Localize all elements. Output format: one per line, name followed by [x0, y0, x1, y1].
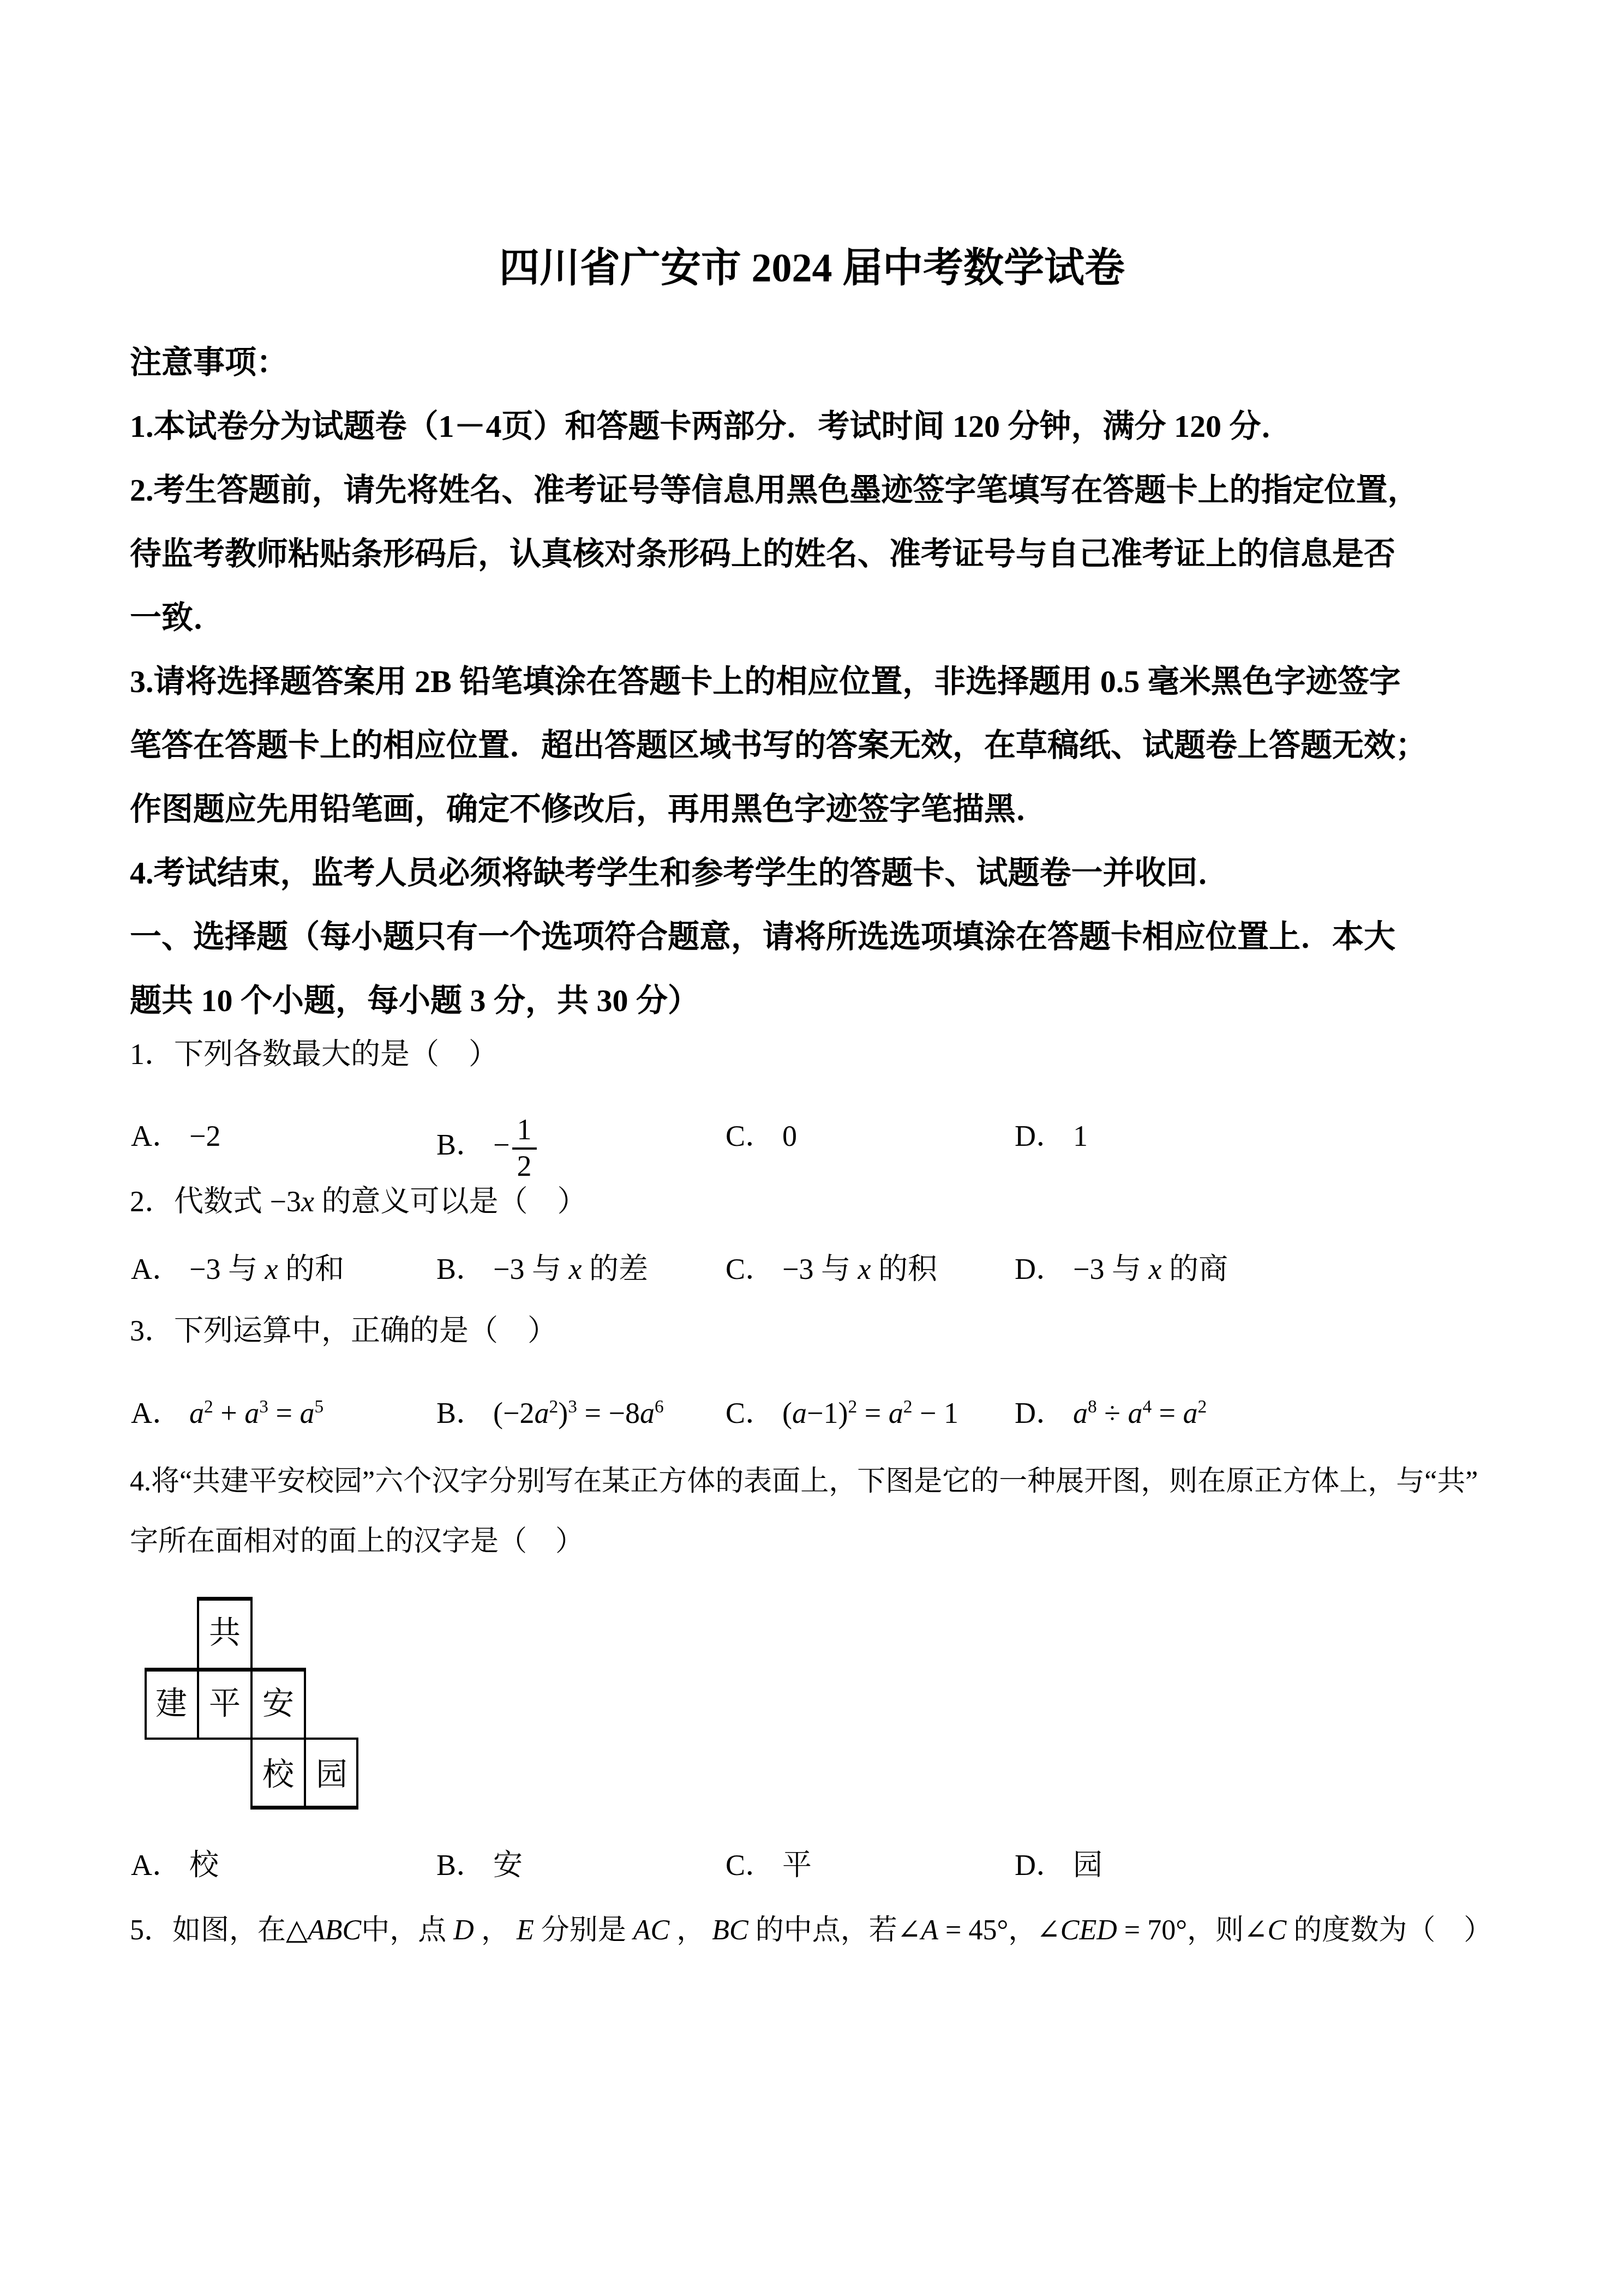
fraction-one-half: 12	[512, 1114, 537, 1181]
question-1-option-a: A．−2	[131, 1114, 220, 1158]
notice-heading: 注意事项：	[130, 341, 1526, 384]
notice-item-3-line-2: 笔答在答题卡上的相应位置．超出答题区域书写的答案无效，在草稿纸、试题卷上答题无效…	[130, 724, 1526, 767]
question-1-option-c: C．0	[726, 1114, 797, 1158]
question-4-options: A．校 B．安 C．平 D．园	[131, 1843, 1527, 1887]
notice-item-2-line-3: 一致．	[130, 596, 1526, 640]
question-2-options: A．−3 与 x 的和 B．−3 与 x 的差 C．−3 与 x 的积 D．−3…	[131, 1247, 1527, 1291]
net-cell-an: 安	[262, 1686, 294, 1721]
question-5-stem: 5．如图，在△ABC中，点 D ， E 分别是 AC ， BC 的中点，若∠A …	[130, 1909, 1614, 1952]
option-a-formula: a2 + a3 = a5	[189, 1397, 323, 1429]
option-d-label: D．	[1015, 1253, 1065, 1285]
question-2-stem: 2．代数式 −3x 的意义可以是（ ）	[130, 1180, 1526, 1223]
exam-title: 四川省广安市 2024 届中考数学试卷	[0, 244, 1624, 293]
option-b-formula: (−2a2)3 = −8a6	[493, 1397, 664, 1429]
fraction-denominator: 2	[512, 1150, 537, 1182]
option-b-value: −3 与 x 的差	[493, 1253, 648, 1285]
notice-item-2-line-1: 2.考生答题前，请先将姓名、准考证号等信息用黑色墨迹签字笔填写在答题卡上的指定位…	[130, 468, 1526, 512]
question-3-option-d: D．a8 ÷ a4 = a2	[1015, 1385, 1207, 1435]
notice-item-3-line-1: 3.请将选择题答案用 2B 铅笔填涂在答题卡上的相应位置，非选择题用 0.5 毫…	[130, 660, 1526, 704]
option-c-label: C．	[726, 1253, 775, 1285]
net-cell-xiao: 校	[262, 1757, 295, 1792]
net-cell-ping: 平	[209, 1686, 241, 1721]
question-4-stem-line-1: 4.将“共建平安校园”六个汉字分别写在某正方体的表面上，下图是它的一种展开图，则…	[130, 1460, 1614, 1504]
question-4-stem-line-2: 字所在面相对的面上的汉字是（ ）	[130, 1520, 1614, 1564]
question-3-stem: 3．下列运算中，正确的是（ ）	[130, 1309, 1526, 1353]
fraction-numerator: 1	[512, 1114, 537, 1150]
option-b-label: B．	[436, 1128, 486, 1161]
section-1-heading-line-1: 一、选择题（每小题只有一个选项符合题意，请将所选选项填涂在答题卡相应位置上．本大	[130, 915, 1526, 959]
cube-net-diagram: 共 建 平 安 校 园	[145, 1597, 358, 1810]
option-a-value: 校	[189, 1849, 219, 1882]
net-cell-yuan: 园	[316, 1757, 347, 1792]
option-a-label: A．	[131, 1849, 182, 1882]
option-a-label: A．	[131, 1120, 182, 1152]
option-c-value: −3 与 x 的积	[782, 1253, 937, 1285]
exam-paper-page: 四川省广安市 2024 届中考数学试卷 注意事项： 1.本试卷分为试题卷（1－4…	[0, 0, 1624, 2296]
question-4-option-a: A．校	[131, 1843, 219, 1887]
notice-item-4: 4.考试结束，监考人员必须将缺考学生和参考学生的答题卡、试题卷一并收回．	[130, 851, 1526, 895]
option-b-label: B．	[436, 1253, 486, 1285]
notice-item-3-line-3: 作图题应先用铅笔画，确定不修改后，再用黑色字迹签字笔描黑．	[130, 788, 1526, 831]
question-1-option-d: D．1	[1015, 1114, 1088, 1158]
question-1-stem: 1．下列各数最大的是（ ）	[130, 1032, 1526, 1076]
net-cell-jian: 建	[155, 1686, 187, 1721]
option-a-value: −3 与 x 的和	[189, 1253, 344, 1285]
question-4-option-c: C．平	[726, 1843, 812, 1887]
option-a-label: A．	[131, 1253, 182, 1285]
question-3-option-c: C．(a−1)2 = a2 − 1	[726, 1385, 958, 1435]
option-c-value: 0	[782, 1120, 797, 1152]
option-b-minus-sign: −	[493, 1128, 510, 1161]
option-d-label: D．	[1015, 1120, 1065, 1152]
question-4-option-d: D．园	[1015, 1843, 1102, 1887]
option-b-label: B．	[436, 1849, 486, 1882]
option-d-value: −3 与 x 的商	[1073, 1253, 1228, 1285]
option-d-label: D．	[1015, 1397, 1065, 1429]
question-1-option-b: B．−12	[436, 1114, 539, 1181]
option-c-value: 平	[782, 1849, 812, 1882]
option-c-label: C．	[726, 1849, 775, 1882]
question-3-option-b: B．(−2a2)3 = −8a6	[436, 1385, 664, 1435]
question-3-options: A．a2 + a3 = a5 B．(−2a2)3 = −8a6 C．(a−1)2…	[131, 1385, 1527, 1429]
question-2-option-c: C．−3 与 x 的积	[726, 1247, 937, 1291]
notice-item-1: 1.本试卷分为试题卷（1－4页）和答题卡两部分．考试时间 120 分钟，满分 1…	[130, 405, 1526, 448]
option-d-label: D．	[1015, 1849, 1065, 1882]
option-a-value: −2	[189, 1120, 220, 1152]
option-c-formula: (a−1)2 = a2 − 1	[782, 1397, 958, 1429]
option-b-label: B．	[436, 1397, 486, 1429]
question-4-option-b: B．安	[436, 1843, 523, 1887]
option-d-value: 1	[1073, 1120, 1088, 1152]
question-2-option-b: B．−3 与 x 的差	[436, 1247, 648, 1291]
section-1-heading-line-2: 题共 10 个小题，每小题 3 分，共 30 分）	[130, 979, 1526, 1023]
option-d-value: 园	[1073, 1849, 1102, 1882]
notice-item-2-line-2: 待监考教师粘贴条形码后，认真核对条形码上的姓名、准考证号与自己准考证上的信息是否	[130, 532, 1526, 576]
question-3-option-a: A．a2 + a3 = a5	[131, 1385, 323, 1435]
option-c-label: C．	[726, 1120, 775, 1152]
option-d-formula: a8 ÷ a4 = a2	[1073, 1397, 1207, 1429]
question-1-options: A．−2 B．−12 C．0 D．1	[131, 1114, 1527, 1158]
option-c-label: C．	[726, 1397, 775, 1429]
option-b-value: 安	[493, 1849, 523, 1882]
question-2-option-a: A．−3 与 x 的和	[131, 1247, 344, 1291]
net-cell-gong: 共	[209, 1615, 241, 1650]
question-2-option-d: D．−3 与 x 的商	[1015, 1247, 1228, 1291]
option-a-label: A．	[131, 1397, 182, 1429]
